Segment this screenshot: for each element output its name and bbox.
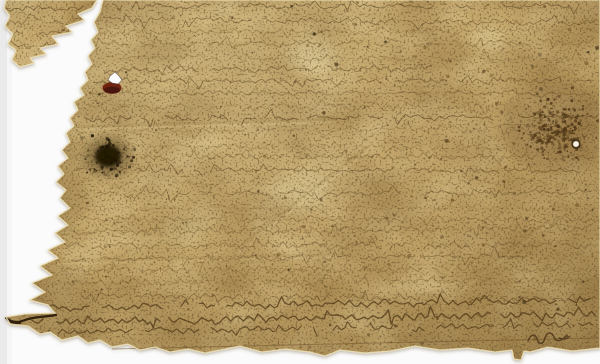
speckle [56, 57, 57, 58]
speckle [398, 113, 400, 115]
speckle [522, 79, 523, 80]
foxing-speckle [539, 113, 541, 115]
speckle [411, 190, 413, 192]
speckle [129, 272, 130, 273]
speckle [406, 250, 408, 252]
speckle [60, 125, 62, 127]
speckle [487, 108, 489, 110]
speckle [280, 142, 281, 143]
speckle [225, 211, 227, 213]
speckle [404, 34, 406, 36]
foxing-speckle [550, 132, 551, 133]
speckle [550, 324, 553, 327]
speckle [254, 308, 256, 310]
speckle [414, 98, 416, 100]
speckle [317, 216, 318, 217]
speckle [375, 164, 376, 165]
speckle [264, 142, 266, 144]
speckle [169, 195, 170, 196]
speckle [470, 333, 472, 335]
speckle [216, 13, 218, 15]
foxing-speckle [542, 128, 543, 129]
speckle [526, 124, 530, 128]
speckle [164, 136, 165, 137]
speckle [263, 155, 266, 158]
speckle [425, 197, 427, 199]
speckle [345, 175, 346, 176]
speckle [588, 205, 589, 206]
speckle [148, 319, 149, 320]
speckle [200, 85, 202, 87]
foxing-speckle [547, 117, 548, 118]
speckle [402, 68, 403, 69]
speckle [362, 265, 365, 268]
speckle [532, 109, 533, 110]
speckle [416, 228, 417, 229]
speckle [487, 70, 489, 72]
speckle [508, 355, 509, 356]
speckle [524, 55, 526, 57]
speckle [177, 191, 178, 192]
speckle [586, 216, 587, 217]
speckle [327, 271, 329, 273]
speckle [551, 42, 553, 44]
speckle [329, 324, 332, 327]
speckle [44, 216, 46, 218]
paper-hole-right [573, 141, 579, 147]
speckle [451, 198, 454, 201]
speckle [69, 153, 70, 154]
speckle [310, 208, 313, 211]
foxing-speckle [575, 156, 578, 159]
speckle [394, 325, 397, 328]
speckle [288, 268, 290, 270]
foxing-speckle [565, 144, 567, 146]
speckle [486, 232, 488, 234]
speckle [41, 276, 42, 277]
speckle [354, 235, 356, 237]
speckle [261, 122, 263, 124]
foxing-speckle [542, 151, 544, 153]
speckle [330, 252, 331, 253]
speckle [329, 272, 330, 273]
speckle [493, 36, 494, 37]
ink-blot-speckle [80, 136, 84, 140]
speckle [449, 121, 451, 123]
speckle [385, 78, 387, 80]
speckle [189, 18, 191, 20]
speckle [24, 275, 25, 276]
speckle [304, 206, 305, 207]
speckle [295, 138, 297, 140]
speckle [540, 7, 541, 8]
speckle [329, 298, 330, 299]
speckle [529, 194, 531, 196]
speckle [490, 327, 492, 329]
speckle [547, 167, 548, 168]
speckle [285, 50, 287, 52]
speckle [298, 143, 300, 145]
speckle [474, 271, 476, 273]
speckle [384, 142, 386, 144]
speckle [592, 307, 593, 308]
foxing-speckle [548, 130, 550, 132]
speckle [323, 48, 325, 50]
speckle [482, 69, 485, 72]
speckle [390, 249, 391, 250]
speckle [432, 225, 434, 227]
speckle [260, 211, 261, 212]
speckle [574, 226, 577, 229]
foxing-speckle [535, 141, 536, 142]
speckle [350, 339, 352, 341]
speckle [63, 112, 66, 115]
speckle [256, 314, 259, 317]
speckle [592, 253, 593, 254]
speckle [244, 246, 246, 248]
speckle [556, 308, 559, 311]
foxing-speckle [533, 113, 536, 116]
speckle [244, 21, 245, 22]
speckle [370, 273, 372, 275]
speckle [349, 288, 351, 290]
foxing-speckle [570, 113, 571, 114]
speckle [373, 176, 375, 178]
foxing-speckle [586, 134, 588, 136]
foxing-speckle [549, 126, 551, 128]
speckle [475, 176, 478, 179]
speckle [196, 87, 198, 89]
speckle [342, 358, 344, 360]
speckle [254, 279, 255, 280]
speckle [520, 314, 522, 316]
speckle [567, 320, 569, 322]
ink-blot-speckle [111, 157, 114, 160]
speckle [595, 46, 599, 50]
foxing-speckle [566, 150, 568, 152]
foxing-speckle [553, 144, 555, 146]
speckle [60, 104, 62, 106]
foxing-speckle [564, 121, 566, 123]
foxing-speckle [558, 145, 562, 149]
foxing-speckle [544, 149, 546, 151]
speckle [286, 180, 287, 181]
speckle [530, 180, 532, 182]
speckle [406, 337, 408, 339]
speckle [364, 267, 367, 270]
speckle [395, 206, 397, 208]
speckle [530, 306, 531, 307]
foxing-speckle [544, 115, 547, 118]
foxing-speckle [521, 137, 523, 139]
speckle [89, 91, 92, 94]
foxing-speckle [572, 115, 574, 117]
speckle [350, 155, 352, 157]
foxing-speckle [567, 156, 569, 158]
speckle [106, 26, 107, 27]
speckle [79, 330, 82, 333]
speckle [384, 125, 386, 127]
speckle [481, 306, 482, 307]
foxing-speckle [563, 116, 564, 117]
ink-blot-speckle [117, 151, 119, 153]
foxing-speckle [547, 98, 550, 101]
speckle [536, 26, 537, 27]
speckle [462, 342, 463, 343]
speckle [72, 174, 75, 177]
speckle [152, 267, 153, 268]
speckle [336, 100, 338, 102]
speckle [589, 106, 590, 107]
speckle [105, 275, 107, 277]
speckle [300, 268, 303, 271]
speckle [254, 233, 256, 235]
speckle [531, 65, 534, 68]
foxing-speckle [532, 123, 533, 124]
foxing-speckle [536, 112, 539, 115]
speckle [427, 43, 429, 45]
foxing-speckle [562, 120, 563, 121]
foxing-speckle [534, 125, 536, 127]
speckle [510, 79, 513, 82]
speckle [526, 148, 529, 151]
speckle [550, 252, 551, 253]
speckle [154, 261, 156, 263]
speckle [567, 225, 568, 226]
speckle [571, 158, 573, 160]
speckle [407, 147, 408, 148]
speckle [367, 333, 370, 336]
speckle [591, 209, 593, 211]
speckle [373, 263, 375, 265]
speckle [390, 13, 392, 15]
speckle [474, 258, 476, 260]
speckle [231, 16, 234, 19]
foxing-speckle [571, 123, 574, 126]
speckle [472, 257, 474, 259]
foxing-speckle [538, 126, 541, 129]
foxing-speckle [559, 150, 562, 153]
foxing-speckle [546, 138, 547, 139]
speckle [239, 105, 241, 107]
speckle [458, 257, 459, 258]
speckle [497, 160, 500, 163]
foxing-speckle [561, 138, 562, 139]
foxing-speckle [527, 144, 528, 145]
speckle [302, 238, 304, 240]
speckle [194, 264, 196, 266]
speckle [436, 99, 438, 101]
speckle [520, 320, 521, 321]
speckle [431, 108, 432, 109]
speckle [401, 338, 402, 339]
speckle [413, 55, 416, 58]
speckle [454, 276, 455, 277]
speckle [466, 81, 468, 83]
speckle [181, 229, 182, 230]
speckle [443, 323, 444, 324]
speckle [473, 165, 474, 166]
ink-blot-speckle [115, 153, 116, 154]
speckle [171, 322, 173, 324]
ink-blot-speckle [103, 151, 106, 154]
speckle [29, 17, 30, 18]
foxing-speckle [542, 154, 545, 157]
speckle [188, 275, 190, 277]
speckle [193, 68, 195, 70]
speckle [172, 165, 173, 166]
speckle [540, 39, 542, 41]
speckle [358, 76, 360, 78]
speckle [349, 264, 352, 267]
speckle [331, 225, 333, 227]
ink-blot-speckle [132, 171, 133, 172]
speckle [500, 211, 503, 214]
speckle [55, 204, 56, 205]
speckle [57, 115, 59, 117]
speckle [165, 22, 167, 24]
foxing-speckle [566, 134, 570, 138]
foxing-speckle [521, 121, 523, 123]
speckle [429, 361, 430, 362]
foxing-speckle [559, 143, 561, 145]
speckle [26, 309, 28, 311]
speckle [419, 60, 421, 62]
foxing-speckle [558, 133, 559, 134]
speckle [566, 220, 569, 223]
foxing-speckle [551, 121, 552, 122]
speckle [500, 229, 501, 230]
foxing-speckle [554, 139, 555, 140]
speckle [42, 226, 43, 227]
speckle [323, 34, 324, 35]
speckle [126, 75, 128, 77]
foxing-speckle [518, 126, 521, 129]
speckle [460, 351, 464, 355]
speckle [495, 102, 499, 106]
speckle [516, 168, 517, 169]
ink-blot-speckle [130, 159, 133, 162]
speckle [591, 138, 593, 140]
speckle [235, 270, 237, 272]
speckle [357, 11, 358, 12]
speckle [105, 247, 106, 248]
speckle [251, 224, 253, 226]
speckle [410, 266, 411, 267]
speckle [296, 145, 297, 146]
speckle [550, 64, 552, 66]
speckle [543, 5, 546, 8]
speckle [61, 6, 64, 9]
foxing-speckle [532, 124, 533, 125]
speckle [364, 107, 366, 109]
ink-blot-speckle [123, 148, 125, 150]
foxing-speckle [574, 127, 577, 130]
foxing-speckle [529, 131, 532, 134]
speckle [271, 225, 272, 226]
speckle [55, 226, 56, 227]
speckle [19, 214, 21, 216]
speckle [452, 253, 454, 255]
foxing-speckle [545, 154, 546, 155]
speckle [414, 15, 415, 16]
speckle [518, 361, 520, 363]
speckle [431, 239, 433, 241]
speckle [587, 108, 588, 109]
speckle [17, 305, 19, 307]
speckle [184, 22, 185, 23]
speckle [596, 187, 597, 188]
foxing-speckle [554, 135, 555, 136]
speckle [27, 157, 28, 158]
speckle [572, 163, 573, 164]
speckle [571, 86, 574, 89]
speckle [302, 358, 304, 360]
speckle [541, 231, 543, 233]
foxing-speckle [536, 132, 538, 134]
ink-blot-speckle [106, 161, 108, 163]
speckle [387, 124, 389, 126]
foxing-speckle [552, 120, 554, 122]
speckle [323, 137, 324, 138]
speckle [572, 324, 575, 327]
speckle [447, 152, 448, 153]
foxing-speckle [523, 111, 524, 112]
speckle [441, 331, 442, 332]
speckle [337, 229, 338, 230]
speckle [22, 271, 24, 273]
speckle [255, 169, 258, 172]
speckle [499, 175, 500, 176]
speckle [291, 236, 293, 238]
speckle [275, 250, 276, 251]
speckle [317, 60, 318, 61]
speckle [440, 235, 443, 238]
speckle [31, 238, 32, 239]
speckle [283, 10, 285, 12]
speckle [329, 323, 330, 324]
speckle [488, 151, 489, 152]
speckle [529, 60, 530, 61]
speckle [395, 339, 396, 340]
speckle [584, 22, 586, 24]
speckle [375, 186, 376, 187]
speckle [302, 225, 305, 228]
speckle [123, 232, 125, 234]
speckle [115, 24, 117, 26]
speckle [430, 353, 431, 354]
speckle [116, 313, 117, 314]
speckle [445, 139, 449, 143]
speckle [137, 253, 138, 254]
foxing-speckle [557, 140, 560, 143]
speckle [16, 347, 17, 348]
speckle [451, 271, 453, 273]
foxing-speckle [540, 139, 541, 140]
speckle [51, 300, 52, 301]
speckle [552, 100, 553, 101]
foxing-speckle [577, 114, 578, 115]
speckle [305, 69, 307, 71]
speckle [585, 306, 587, 308]
speckle [441, 277, 443, 279]
speckle [464, 131, 466, 133]
speckle [388, 329, 389, 330]
speckle [479, 293, 481, 295]
speckle [320, 31, 322, 33]
speckle [284, 70, 285, 71]
speckle [257, 176, 259, 178]
